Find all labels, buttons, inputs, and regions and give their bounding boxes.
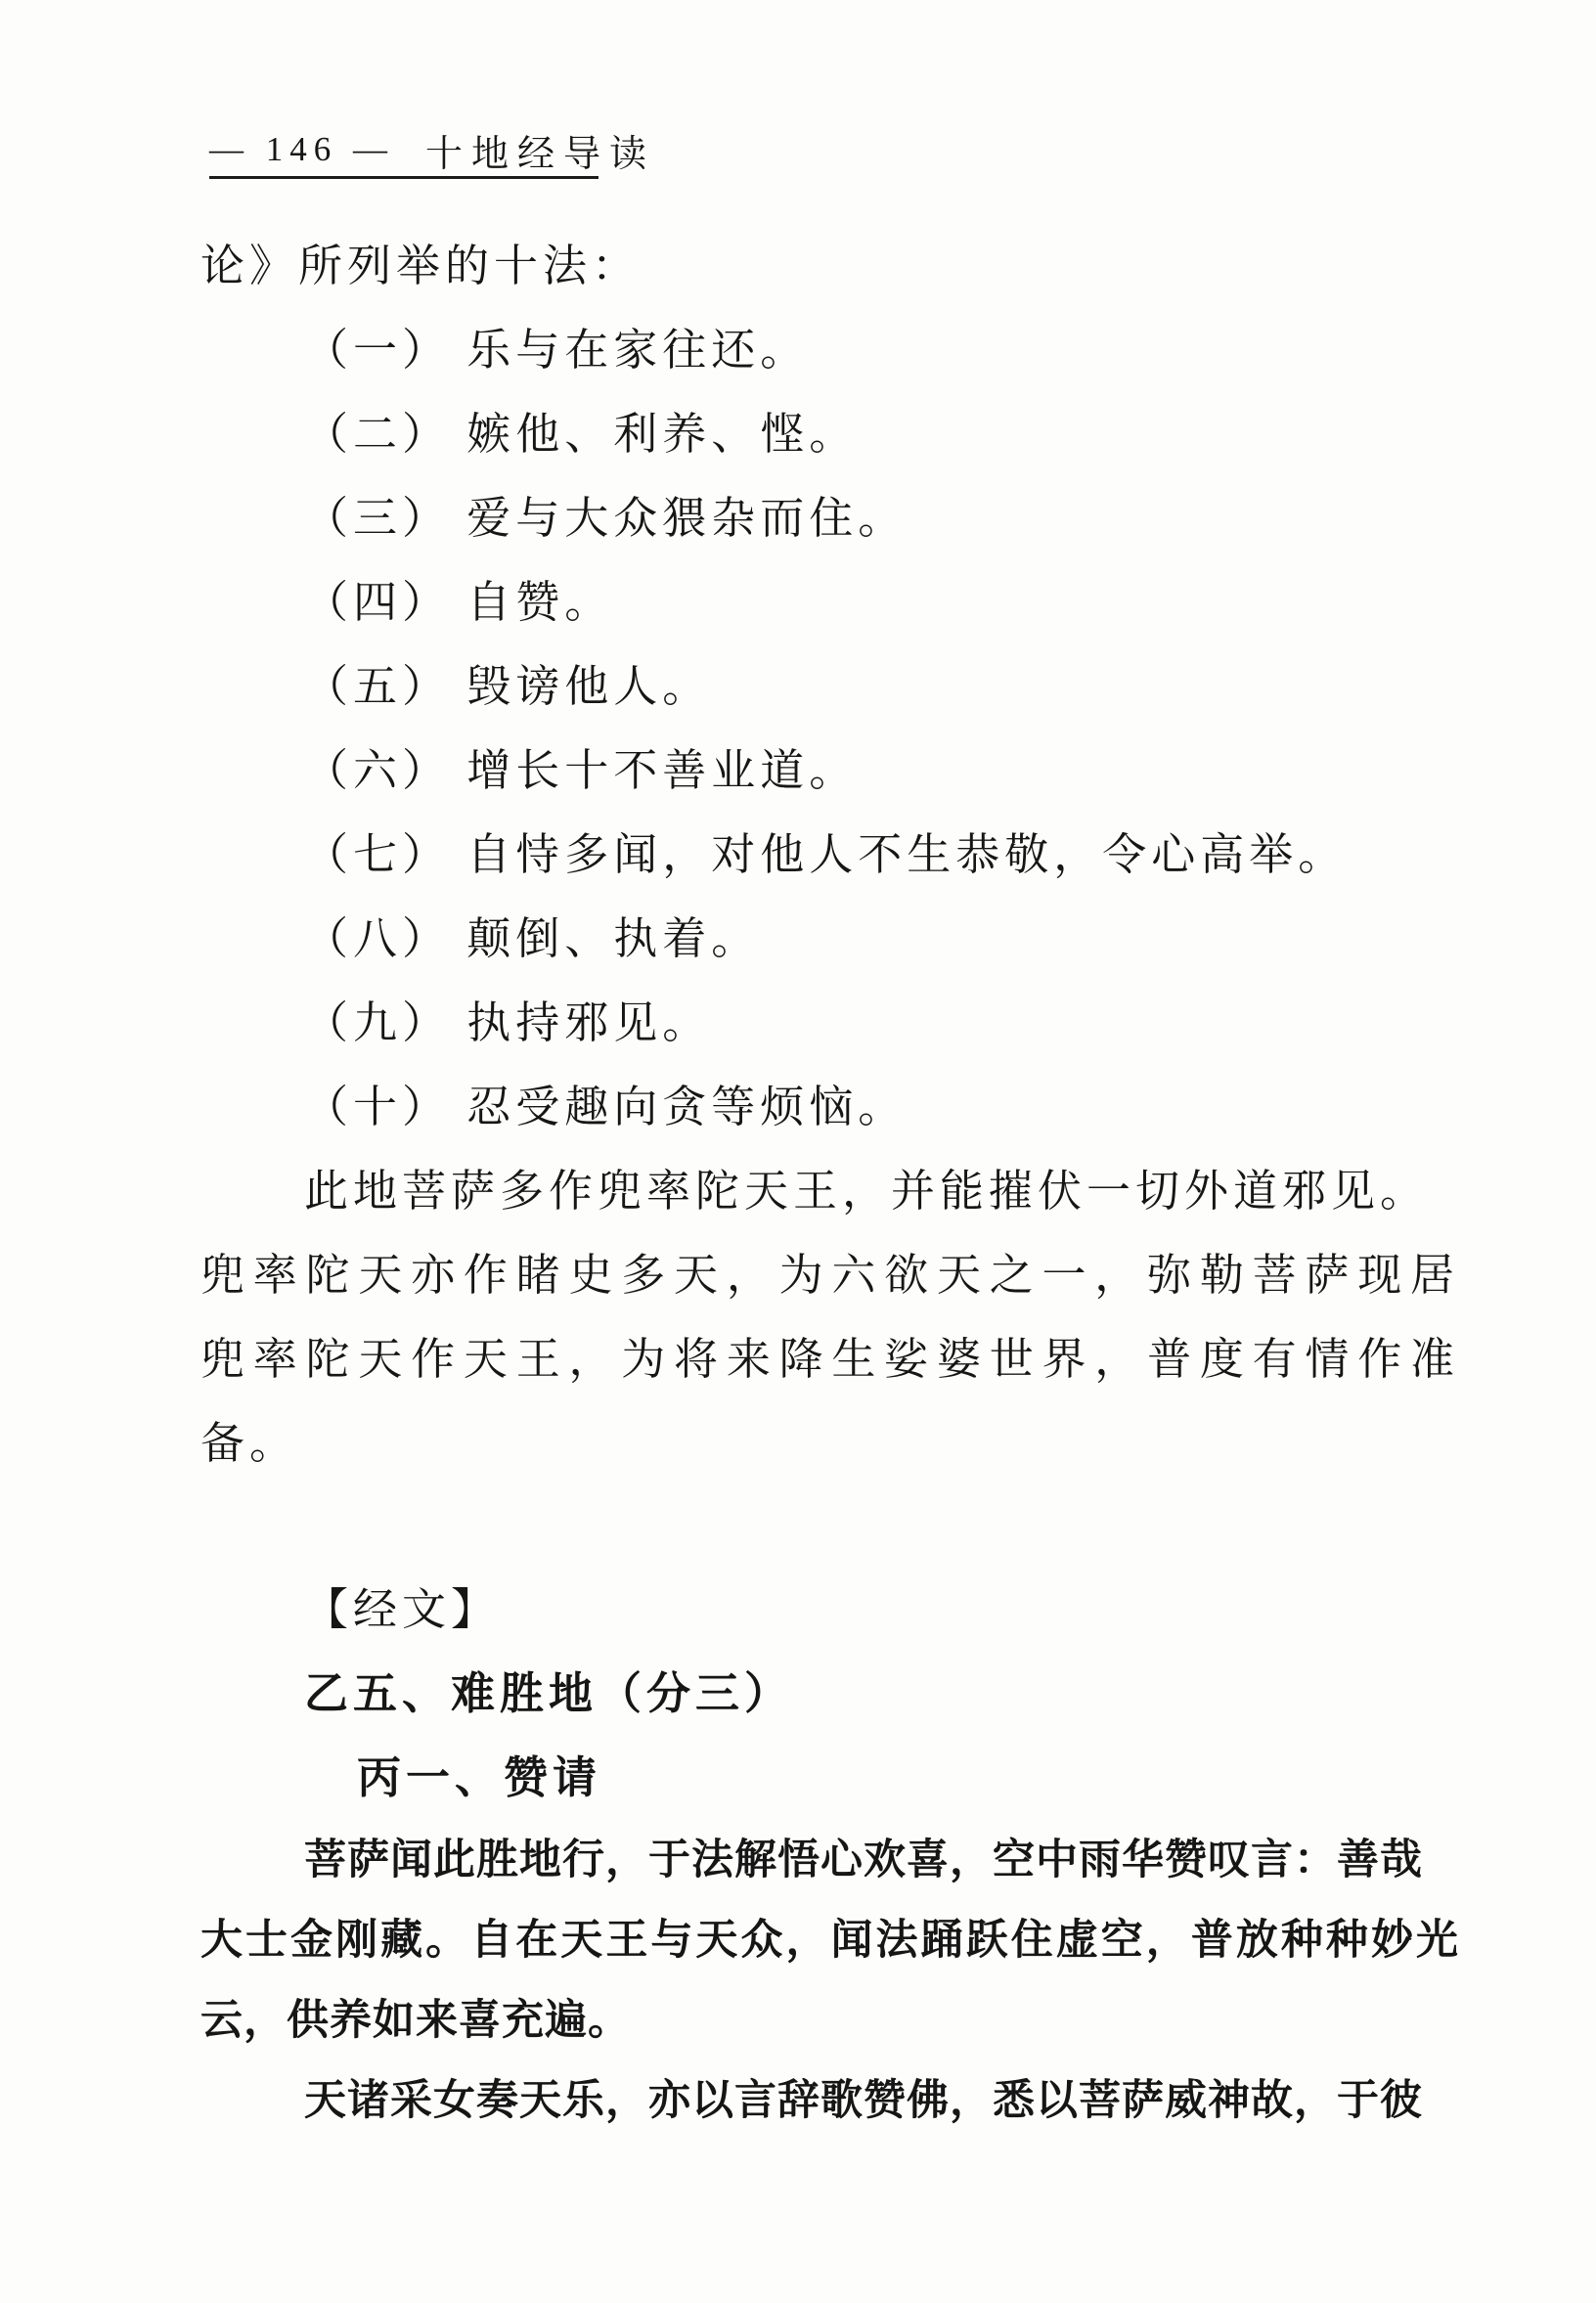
paragraph-line-3: 兜率陀天作天王，为将来降生娑婆世界，普度有情作准 (200, 1317, 1459, 1401)
list-item-1: （一） 乐与在家往还。 (200, 308, 1459, 392)
paragraph-line-1: 此地菩萨多作兜率陀天王，并能摧伏一切外道邪见。 (200, 1149, 1459, 1233)
paragraph-line-2: 兜率陀天亦作睹史多天，为六欲天之一，弥勒菩萨现居 (200, 1233, 1459, 1317)
list-item-8: （八） 颠倒、执着。 (200, 897, 1459, 981)
sutra-line-1: 菩萨闻此胜地行，于法解悟心欢喜，空中雨华赞叹言：善哉 (200, 1820, 1459, 1900)
list-item-3: （三） 爱与大众猥杂而住。 (200, 476, 1459, 560)
section-gap (200, 1485, 1459, 1568)
sutra-line-3: 云，供养如来喜充遍。 (200, 1980, 1459, 2060)
jingwen-heading: 【经文】 (200, 1568, 1459, 1652)
running-title: 十地经导读 (425, 123, 655, 177)
list-item-4: （四） 自赞。 (200, 560, 1459, 644)
list-item-2: （二） 嫉他、利养、悭。 (200, 392, 1459, 476)
list-item-10: （十） 忍受趣向贪等烦恼。 (200, 1065, 1459, 1149)
page-number-label: — 146 — (209, 130, 394, 169)
section-heading-bingyi: 丙一、赞请 (200, 1736, 1459, 1820)
list-item-5: （五） 毁谤他人。 (200, 644, 1459, 729)
sutra-line-2: 大士金刚藏。自在天王与天众，闻法踊跃住虚空，普放种种妙光 (200, 1900, 1459, 1980)
paragraph-line-4: 备。 (200, 1401, 1459, 1485)
intro-line: 论》所列举的十法： (200, 224, 1459, 308)
page-header: — 146 — 十地经导读 (209, 123, 598, 179)
list-item-7: （七） 自恃多闻，对他人不生恭敬，令心高举。 (200, 813, 1459, 897)
page-body: 论》所列举的十法： （一） 乐与在家往还。 （二） 嫉他、利养、悭。 （三） 爱… (200, 224, 1459, 2141)
list-item-6: （六） 增长十不善业道。 (200, 729, 1459, 813)
book-page: — 146 — 十地经导读 论》所列举的十法： （一） 乐与在家往还。 （二） … (0, 0, 1596, 2303)
sutra-line-4: 天诸采女奏天乐，亦以言辞歌赞佛，悉以菩萨威神故，于彼 (200, 2060, 1459, 2141)
section-heading-yiwu: 乙五、难胜地（分三） (200, 1652, 1459, 1736)
list-item-9: （九） 执持邪见。 (200, 981, 1459, 1065)
